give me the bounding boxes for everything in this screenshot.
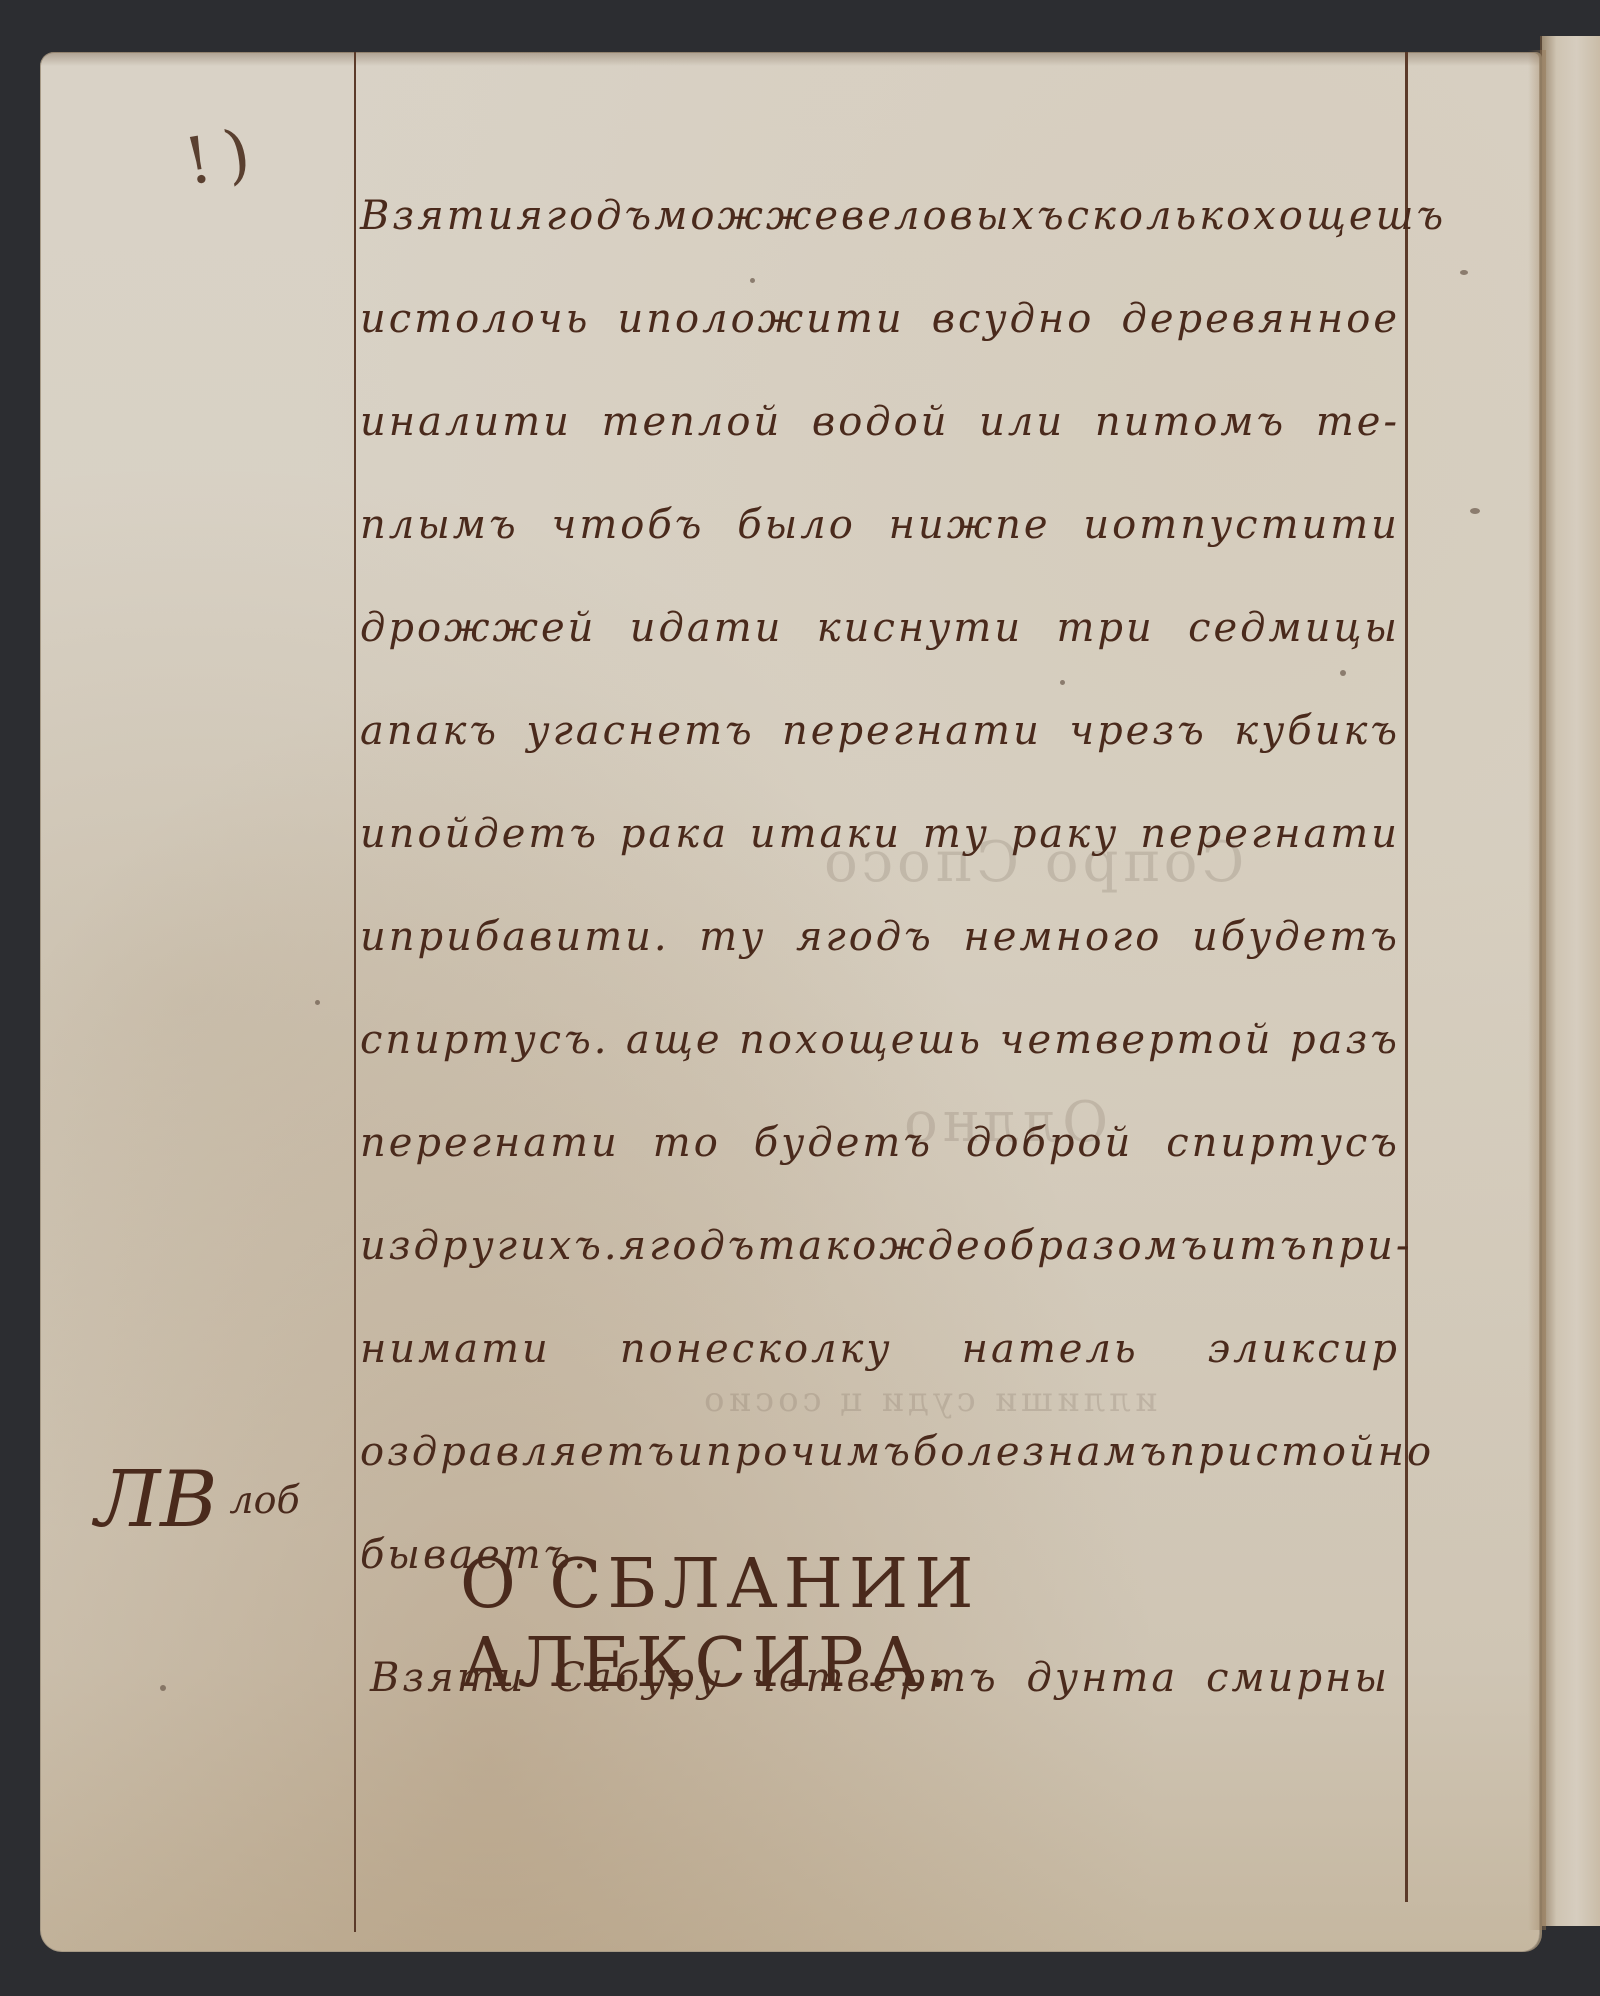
word: кубикъ	[1234, 701, 1400, 804]
text-line: спиртусъ.ащепохощешьчетвертойразъ	[360, 1010, 1400, 1113]
word: ту	[699, 907, 766, 1010]
page-edge-stain	[1528, 50, 1546, 1930]
word: седмицы	[1188, 598, 1400, 701]
word: понесколку	[620, 1319, 893, 1422]
text-line: истолочьиположитивсуднодеревянное	[360, 289, 1400, 392]
word: те-	[1316, 392, 1400, 495]
word: Взяти	[370, 1655, 526, 1701]
word: идати	[630, 598, 784, 701]
word: спиртусъ	[1166, 1113, 1400, 1216]
word: иприбавити.	[360, 907, 670, 1010]
ink-speck	[1340, 670, 1346, 676]
word: деревянное	[1121, 289, 1400, 392]
word: апакъ	[360, 701, 499, 804]
ink-speck	[160, 1685, 166, 1691]
ink-speck	[750, 278, 755, 283]
word: ипрочимъ	[677, 1422, 913, 1525]
word: будетъ	[754, 1113, 933, 1216]
word: иотпустити	[1083, 495, 1400, 598]
word: ягодъ	[516, 186, 654, 289]
word: рака	[620, 804, 729, 907]
word: четвертой	[1000, 1010, 1274, 1113]
text-line: ипойдетъракаитакитуракуперегнати	[360, 804, 1400, 907]
word: нимати	[360, 1319, 551, 1422]
adjacent-page-edge	[1540, 36, 1600, 1926]
word: аще	[626, 1010, 723, 1113]
ink-speck	[1470, 508, 1480, 514]
word: хощешъ	[1253, 186, 1446, 289]
word: ибудетъ	[1192, 907, 1400, 1010]
word: доброй	[966, 1113, 1133, 1216]
word: то	[653, 1113, 721, 1216]
text-line: перегнатитобудетъдобройспиртусъ	[360, 1113, 1400, 1216]
word: раку	[1011, 804, 1120, 907]
body-text: Взятиягодъможжевеловыхъсколькохощешъисто…	[360, 186, 1400, 1628]
ink-speck	[1060, 680, 1065, 685]
word: разъ	[1290, 1010, 1400, 1113]
word: такожде	[757, 1216, 982, 1319]
word: питомъ	[1095, 392, 1286, 495]
word: истолочь	[360, 289, 590, 392]
word: было	[737, 495, 856, 598]
word: перегнати	[1140, 804, 1400, 907]
word: Взяти	[360, 186, 516, 289]
word: Сабуру	[554, 1655, 723, 1701]
word: смирны	[1206, 1655, 1390, 1701]
text-line: апакъугаснетъперегнатичрезъкубикъ	[360, 701, 1400, 804]
margin-number: лоб	[229, 1478, 299, 1522]
word: можжевеловыхъ	[654, 186, 1066, 289]
word: дрожжей	[360, 598, 596, 701]
word: плымъ	[360, 495, 519, 598]
word: при-	[1310, 1216, 1413, 1319]
left-margin-rule	[354, 52, 356, 1932]
word: издругихъ.	[360, 1216, 620, 1319]
ink-speck	[1460, 270, 1468, 275]
word: пристойно	[1169, 1422, 1434, 1525]
word: три	[1056, 598, 1154, 701]
word: эликсир	[1208, 1319, 1400, 1422]
word: болезнамъ	[913, 1422, 1169, 1525]
word: ту	[923, 804, 990, 907]
word: водой	[812, 392, 950, 495]
text-line: издругихъ.ягодътакождеобразомъитъпри-	[360, 1216, 1400, 1319]
section-first-line: ВзятиСабуручетвертъдунтасмирны	[370, 1655, 1390, 1701]
text-line: дрожжейидатикиснутитриседмицы	[360, 598, 1400, 701]
word: киснути	[817, 598, 1023, 701]
word: или	[979, 392, 1065, 495]
word: теплой	[602, 392, 783, 495]
margin-monogram: ЛВ	[95, 1455, 217, 1545]
word: ягодъ	[796, 907, 934, 1010]
word: дунта	[1027, 1655, 1179, 1701]
word: сколько	[1067, 186, 1254, 289]
word: оздравляетъ	[360, 1422, 677, 1525]
word: перегнати	[360, 1113, 620, 1216]
text-line: Взятиягодъможжевеловыхъсколькохощешъ	[360, 186, 1400, 289]
word: чтобъ	[551, 495, 704, 598]
word: итаки	[750, 804, 902, 907]
word: ипойдетъ	[360, 804, 599, 907]
word: итъ	[1210, 1216, 1309, 1319]
word: натель	[962, 1319, 1139, 1422]
word: угаснетъ	[526, 701, 754, 804]
word: ягодъ	[620, 1216, 758, 1319]
word: иналити	[360, 392, 572, 495]
text-line: иналититеплойводойилипитомъте-	[360, 392, 1400, 495]
word: похощешь	[739, 1010, 983, 1113]
word: иположити	[618, 289, 905, 392]
ink-speck	[315, 1000, 320, 1005]
folio-mark: !)	[179, 114, 269, 201]
word: четвертъ	[751, 1655, 999, 1701]
margin-note: ЛВ лоб	[95, 1455, 300, 1545]
word: образомъ	[983, 1216, 1211, 1319]
text-line: иприбавити.туягодънемногоибудетъ	[360, 907, 1400, 1010]
text-line: ниматипонесколкунательэликсир	[360, 1319, 1400, 1422]
word: немного	[963, 907, 1162, 1010]
text-line: плымъчтобъбылонижпеиотпустити	[360, 495, 1400, 598]
word: спиртусъ.	[360, 1010, 609, 1113]
word: всудно	[932, 289, 1095, 392]
right-margin-rule	[1405, 52, 1408, 1902]
word: нижпе	[889, 495, 1051, 598]
manuscript-scan: Сопро Спосо Оллно иллиши суди ц сосио !)…	[0, 0, 1600, 1996]
text-line: оздравляетъипрочимъболезнамъпристойно	[360, 1422, 1400, 1525]
word: чрезъ	[1069, 701, 1207, 804]
word: перегнати	[782, 701, 1042, 804]
